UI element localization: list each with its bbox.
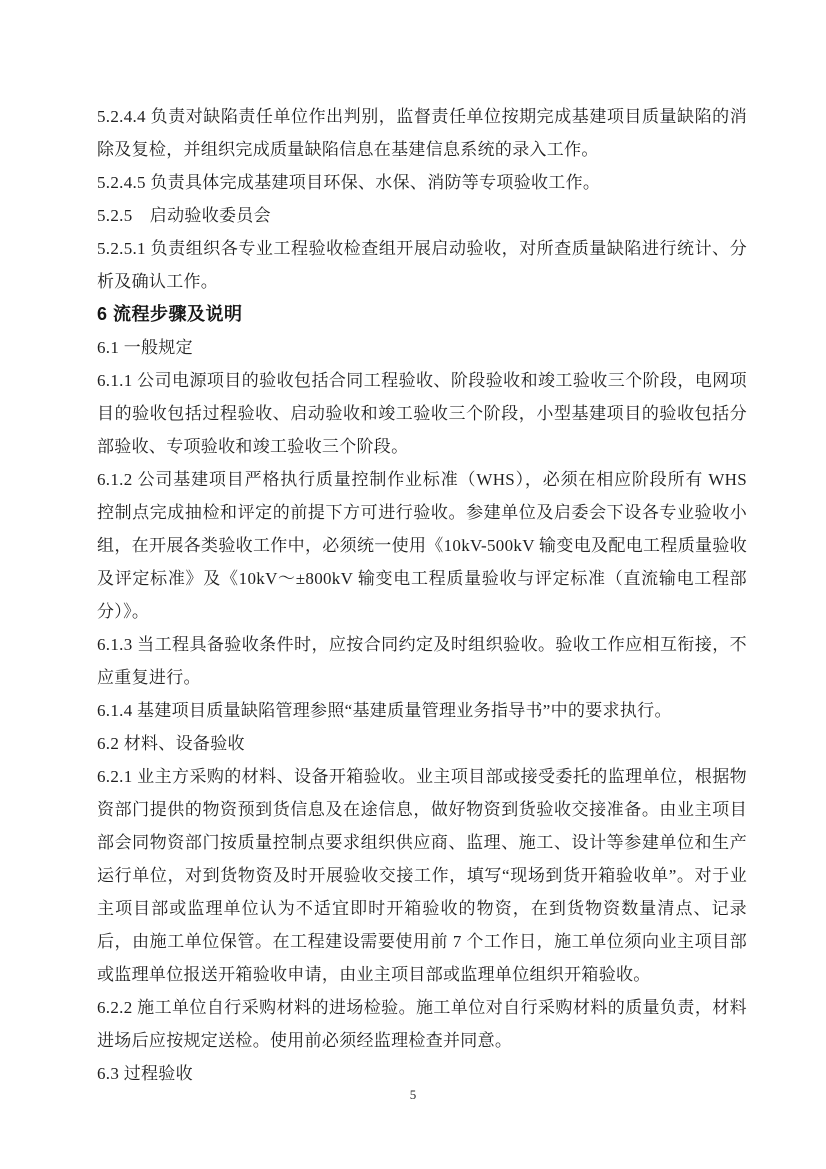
para-6-1-1: 6.1.1 公司电源项目的验收包括合同工程验收、阶段验收和竣工验收三个阶段，电网…	[97, 364, 747, 463]
document-page: 5.2.4.4 负责对缺陷责任单位作出判别，监督责任单位按期完成基建项目质量缺陷…	[0, 0, 826, 1169]
heading-6: 6 流程步骤及说明	[97, 298, 747, 331]
para-5-2-5-1: 5.2.5.1 负责组织各专业工程验收检查组开展启动验收，对所查质量缺陷进行统计…	[97, 232, 747, 298]
para-5-2-5: 5.2.5 启动验收委员会	[97, 199, 747, 232]
para-5-2-4-4: 5.2.4.4 负责对缺陷责任单位作出判别，监督责任单位按期完成基建项目质量缺陷…	[97, 100, 747, 166]
para-6-1-4: 6.1.4 基建项目质量缺陷管理参照“基建质量管理业务指导书”中的要求执行。	[97, 694, 747, 727]
page-footer: 5	[0, 1086, 826, 1104]
para-6-2-2: 6.2.2 施工单位自行采购材料的进场检验。施工单位对自行采购材料的质量负责，材…	[97, 991, 747, 1057]
para-6-1-3: 6.1.3 当工程具备验收条件时，应按合同约定及时组织验收。验收工作应相互衔接，…	[97, 628, 747, 694]
para-6-2: 6.2 材料、设备验收	[97, 727, 747, 760]
para-6-2-1: 6.2.1 业主方采购的材料、设备开箱验收。业主项目部或接受委托的监理单位，根据…	[97, 760, 747, 991]
para-6-1: 6.1 一般规定	[97, 331, 747, 364]
para-5-2-4-5: 5.2.4.5 负责具体完成基建项目环保、水保、消防等专项验收工作。	[97, 166, 747, 199]
page-number: 5	[410, 1087, 417, 1102]
document-body: 5.2.4.4 负责对缺陷责任单位作出判别，监督责任单位按期完成基建项目质量缺陷…	[97, 100, 747, 1090]
para-6-1-2: 6.1.2 公司基建项目严格执行质量控制作业标准（WHS），必须在相应阶段所有 …	[97, 463, 747, 628]
